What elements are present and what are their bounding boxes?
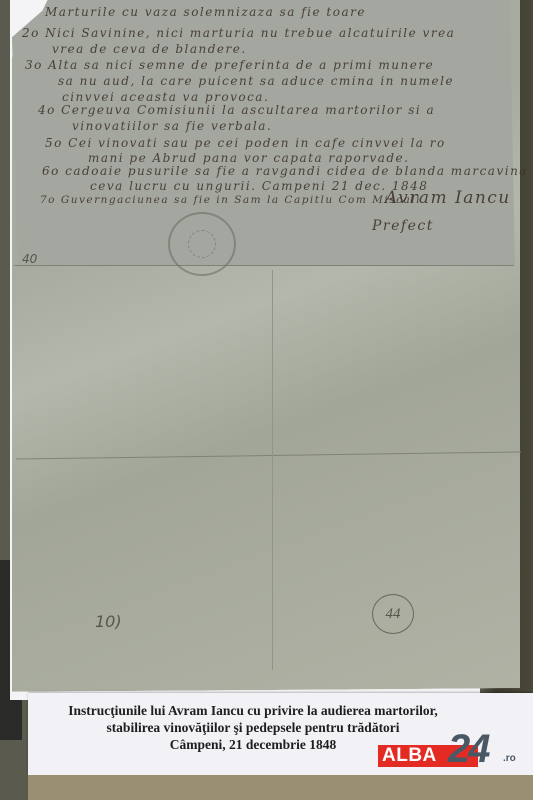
fold-line-vertical — [272, 270, 273, 670]
document-below — [28, 775, 533, 800]
handwriting-line: vrea de ceva de blandere. — [52, 42, 247, 56]
handwriting-line: vinovatiilor sa fie verbala. — [72, 119, 272, 133]
handwriting-line: cinvvei aceasta va provoca. — [62, 90, 269, 104]
handwriting-line: sa nu aud, la care puicent sa aduce cmin… — [58, 74, 454, 88]
signature-title: Prefect — [372, 218, 434, 234]
wax-seal-stamp — [168, 212, 236, 276]
handwriting-line: Marturile cu vaza solemnizaza sa fie toa… — [45, 5, 366, 19]
pencil-note-circled: 44 — [372, 594, 414, 634]
handwriting-line: 5o Cei vinovati sau pe cei poden in cafe… — [45, 136, 446, 150]
handwriting-line: 3o Alta sa nici semne de preferinta de a… — [25, 58, 434, 72]
pencil-note-bottom-left: 10) — [95, 612, 122, 631]
handwriting-line: 7o Guverngaciunea sa fie in Sam la Capit… — [40, 194, 421, 206]
pencil-note-margin: 40 — [22, 252, 37, 266]
handwriting-line: ceva lucru cu ungurii. Campeni 21 dec. 1… — [90, 179, 428, 193]
signature: Avram Iancu — [385, 188, 511, 208]
fold-line-top — [14, 265, 514, 266]
logo-number: 24 — [448, 727, 489, 772]
caption-line-2: stabilirea vinovăţiilor şi pedepsele pen… — [28, 720, 478, 736]
handwriting-line: 2o Nici Savinine, nici marturia nu trebu… — [22, 26, 455, 40]
caption-line-1: Instrucţiunile lui Avram Iancu cu privir… — [28, 703, 478, 719]
logo-tld: .ro — [503, 753, 516, 764]
handwriting-line: 4o Cergeuva Comisiunii la ascultarea mar… — [38, 103, 435, 117]
handwriting-line: mani pe Abrud pana vor capata raporvade. — [88, 151, 409, 165]
handwriting-line: 6o cadoaie pusurile sa fie a ravgandi ci… — [42, 164, 528, 178]
